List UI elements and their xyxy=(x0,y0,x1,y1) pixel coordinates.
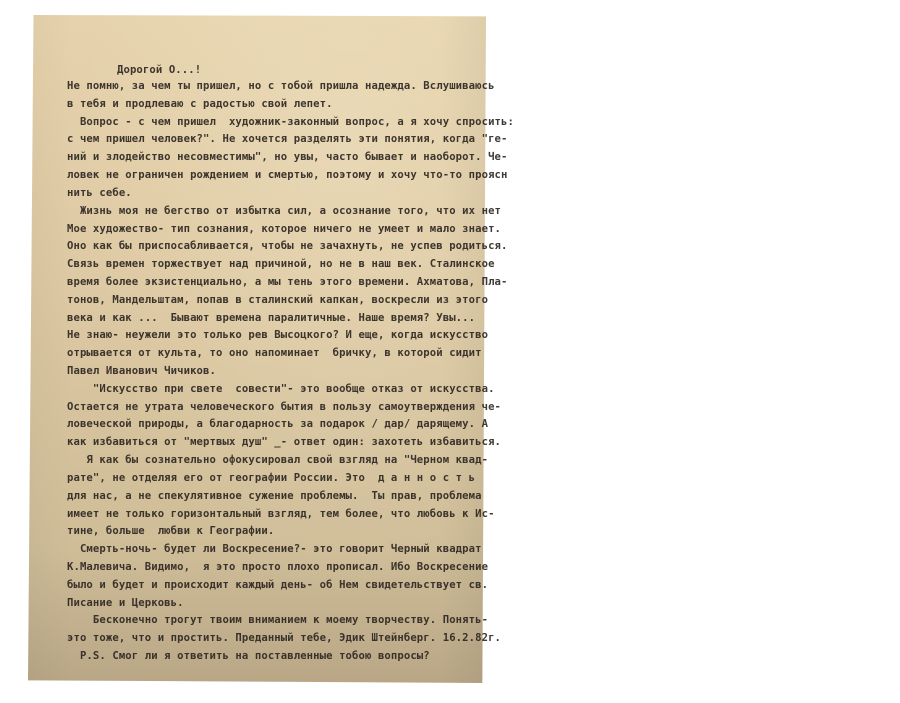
letter-line: Павел Иванович Чичиков. xyxy=(67,365,216,377)
letter-line: К.Малевича. Видимо, я это просто плохо п… xyxy=(67,561,488,573)
letter-line: в тебя и продлеваю с радостью свой лепет… xyxy=(67,98,333,110)
letter-line: было и будет и происходит каждый день- о… xyxy=(67,579,488,591)
letter-line: нить себе. xyxy=(67,187,132,199)
letter-line: время более экзистенциально, а мы тень э… xyxy=(67,276,508,288)
letter-line: Остается не утрата человеческого бытия в… xyxy=(67,401,501,413)
letter-line: это тоже, что и простить. Преданный тебе… xyxy=(67,632,501,644)
letter-line: века и как ... Бывают времена паралитичн… xyxy=(67,312,475,324)
letter-line: Жизнь моя не бегство от избытка сил, а о… xyxy=(67,205,501,217)
letter-line: как избавиться от "мертвых душ" _- ответ… xyxy=(67,436,501,448)
letter-line: Бесконечно трогут твоим вниманием к моем… xyxy=(67,614,488,626)
letter-line: P.S. Смог ли я ответить на поставленные … xyxy=(67,650,430,662)
letter-text: Дорогой О...! Не помню, за чем ты пришел… xyxy=(67,0,487,420)
letter-line: Оно как бы приспосабливается, чтобы не з… xyxy=(67,240,508,252)
letter-line: Вопрос - с чем пришел художник-законный … xyxy=(67,116,514,128)
letter-line: тине, больше любви к Географии. xyxy=(67,525,274,537)
letter-line: ловек не ограничен рождением и смертью, … xyxy=(67,169,508,181)
letter-line: тонов, Мандельштам, попав в сталинский к… xyxy=(67,294,488,306)
letter-line: "Искусство при свете совести"- это вообщ… xyxy=(67,383,495,395)
letter-line: ний и злодейство несовместимы", но увы, … xyxy=(67,151,508,163)
letter-line: отрывается от культа, то оно напоминает … xyxy=(67,347,482,359)
letter-line: Связь времен торжествует над причиной, н… xyxy=(67,258,495,270)
letter-line: Мое художество- тип сознания, которое ни… xyxy=(67,223,501,235)
letter-line: для нас, а не спекулятивное сужение проб… xyxy=(67,490,482,502)
letter-line: имеет не только горизонтальный взгляд, т… xyxy=(67,508,495,520)
letter-line: Писание и Церковь. xyxy=(67,597,184,609)
letter-line: Смерть-ночь- будет ли Воскресение?- это … xyxy=(67,543,482,555)
letter-line: Не помню, за чем ты пришел, но с тобой п… xyxy=(67,80,495,92)
letter-salutation: Дорогой О...! xyxy=(117,64,201,76)
letter-line: Я как бы сознательно офокусировал свой в… xyxy=(67,454,488,466)
letter-line: ловеческой природы, а благодарность за п… xyxy=(67,418,488,430)
letter-line: с чем пришел человек?". Не хочется разде… xyxy=(67,133,508,145)
letter-line: Не знаю- неужели это только рев Высоцког… xyxy=(67,329,488,341)
letter-line: рате", не отделяя его от географии Росси… xyxy=(67,472,475,484)
